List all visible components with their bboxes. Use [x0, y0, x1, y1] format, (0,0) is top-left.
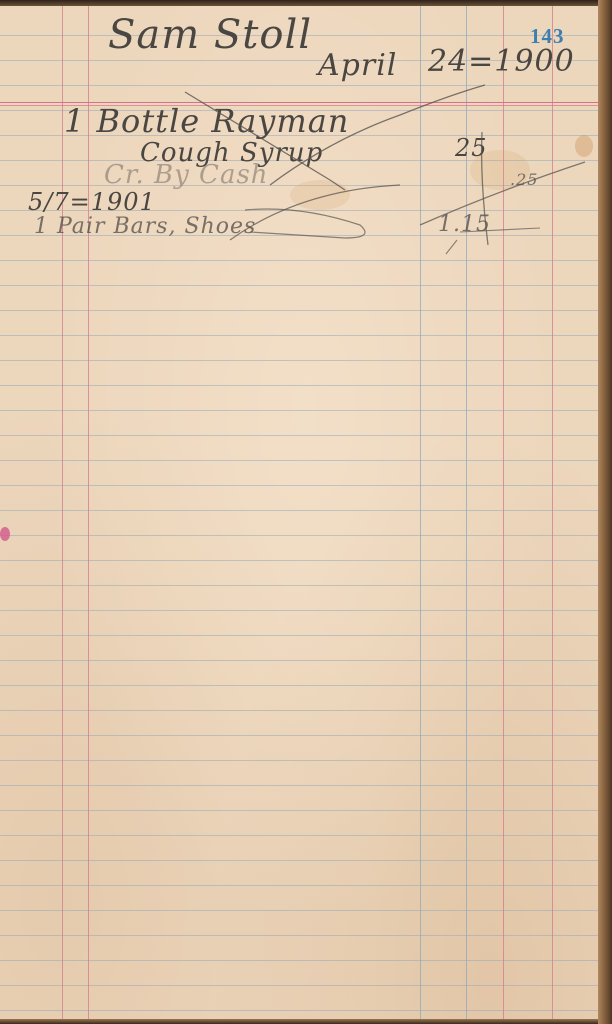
header-date-month: April	[318, 48, 397, 83]
account-name: Sam Stoll	[108, 12, 312, 58]
entry-1-amount: 25	[455, 134, 488, 162]
paper-stain	[575, 135, 593, 157]
amount-column-rule-1	[420, 6, 421, 1019]
page-top-edge	[0, 0, 612, 6]
page-bottom-edge	[0, 1019, 612, 1024]
left-margin-rule-1	[62, 6, 63, 1019]
paper-stain	[290, 180, 350, 210]
entry-3-credit-amount: .25	[510, 170, 538, 189]
amount-column-rule-4	[552, 6, 553, 1019]
entry-2-note: Cr. By Cash	[104, 160, 269, 190]
entry-3-description: 1 Pair Bars, Shoes	[34, 214, 256, 239]
book-spine-edge	[598, 0, 612, 1024]
header-date-day-year: 24=1900	[428, 44, 575, 79]
left-margin-rule-2	[88, 6, 89, 1019]
entry-3-amount: 1.15	[438, 212, 491, 237]
ink-mark	[0, 527, 10, 541]
entry-3-date: 5/7=1901	[28, 188, 156, 216]
entry-1-line-1: 1 Bottle Rayman	[64, 102, 349, 140]
ledger-page: 143 Sam Stoll April 24=1900 1 Bottle Ray…	[0, 0, 612, 1024]
